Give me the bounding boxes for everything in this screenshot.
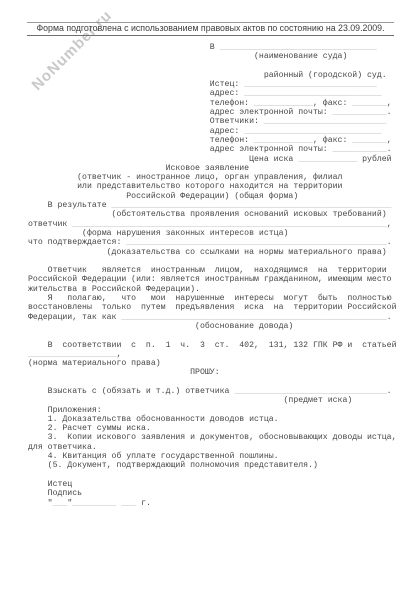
document-title: Исковое заявление (ответчик - иностранно… [28, 164, 420, 201]
signature-section: Истец Подпись "___"_________ ___ г. [28, 480, 420, 508]
document-page: NoNumber.ru Форма подготовлена с использ… [0, 0, 420, 600]
header-note: Форма подготовлена с использованием прав… [27, 22, 394, 36]
request-section: ПРОШУ: Взыскать с (обязать и т.д.) ответ… [28, 368, 420, 405]
plaintiff-block: Истец: ___________________________ адрес… [28, 80, 420, 117]
court-block: В ________________________________ (наим… [28, 43, 420, 80]
claim-body: В результате ___________________________… [28, 201, 420, 368]
claim-price-line: Цена иска ____________ рублей [28, 155, 420, 164]
defendant-block: Ответчики: _________________________ адр… [28, 117, 420, 154]
attachments-section: Приложения: 1. Доказательства обоснованн… [28, 406, 420, 480]
